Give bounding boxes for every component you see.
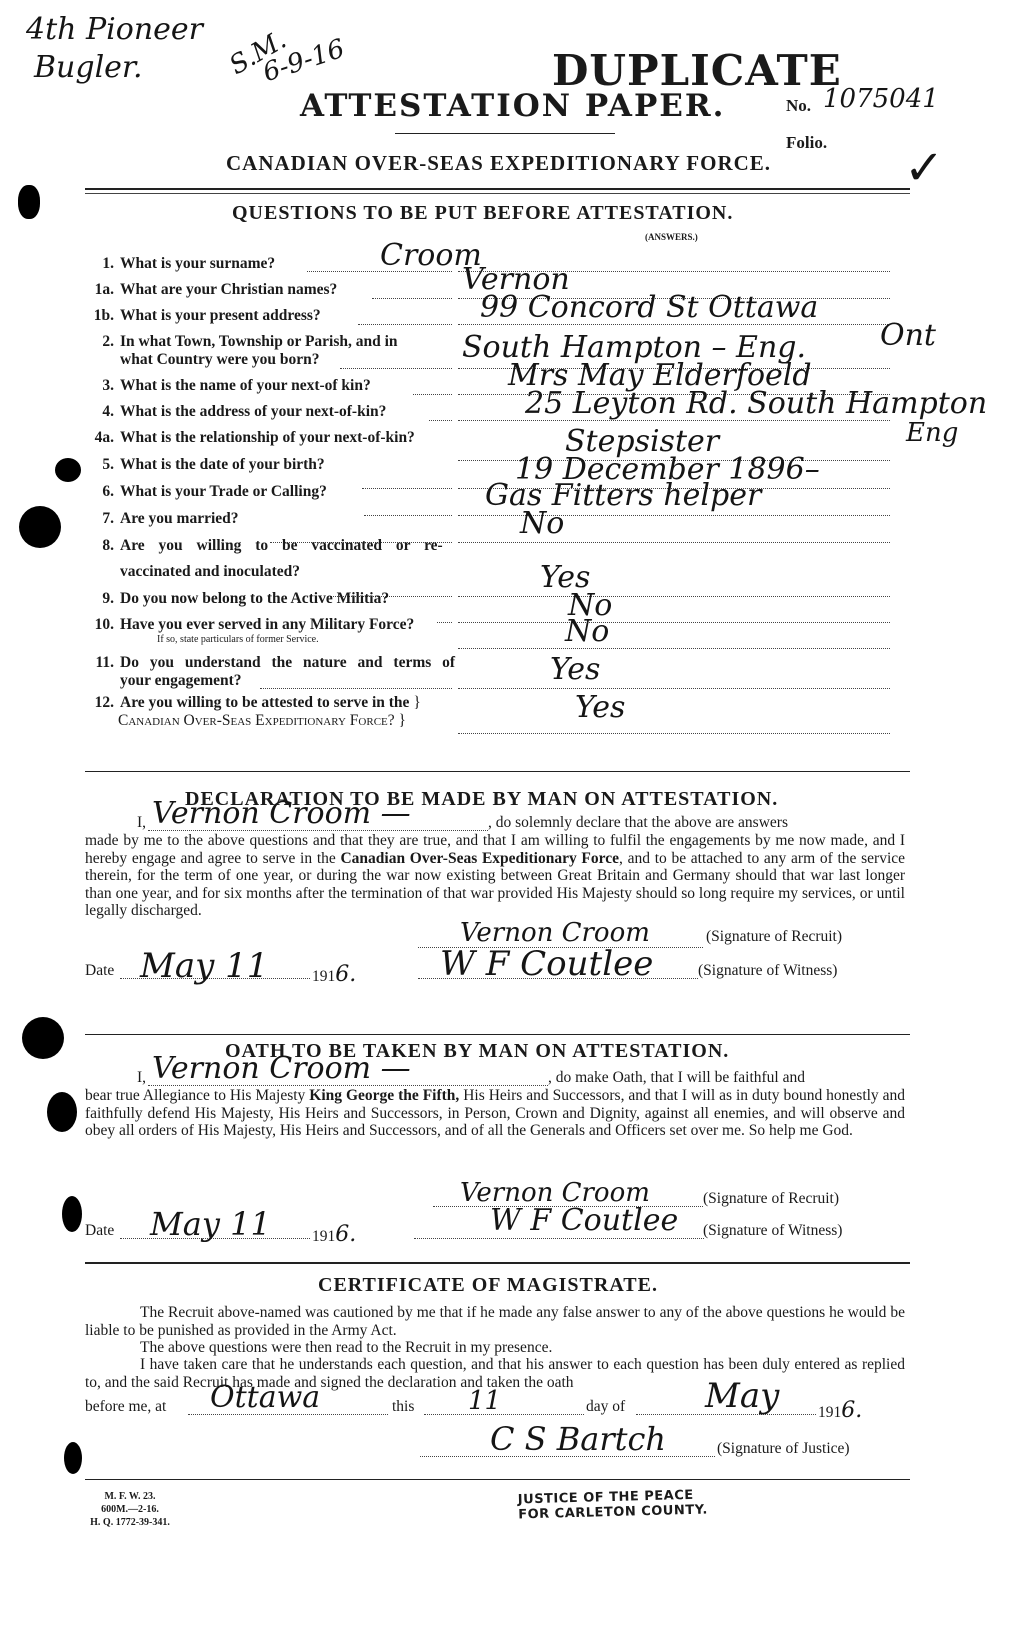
oath-first-line-tail: , do make Oath, that I will be faithful …: [548, 1069, 805, 1087]
question-5: 5.What is the date of your birth?: [80, 456, 325, 474]
declaration-prefix: I,: [137, 814, 146, 832]
form-code-line-1: M. F. W. 23.: [80, 1490, 180, 1503]
magistrate-before-label: before me, at: [85, 1398, 166, 1416]
regimental-number: 1075041: [823, 84, 939, 114]
justice-stamp: JUSTICE OF THE PEACE FOR CARLETON COUNTY…: [518, 1488, 708, 1523]
question-2-leader: [340, 368, 452, 369]
magistrate-day-line[interactable]: [424, 1414, 584, 1415]
question-4a: 4a.What is the relationship of your next…: [80, 429, 415, 447]
punch-hole: [64, 1442, 82, 1474]
answer-9-line[interactable]: [458, 622, 890, 623]
justice-label: (Signature of Justice): [717, 1440, 850, 1458]
oath-name-row: I, Vernon Croom — , do make Oath, that I…: [80, 1055, 905, 1085]
answer-next-of-kin-address-country: Eng: [906, 418, 958, 448]
question-11-cont: your engagement?: [120, 672, 242, 690]
declaration-date-label: Date: [85, 962, 114, 980]
question-3-leader: [413, 394, 452, 395]
magistrate-heading: CERTIFICATE OF MAGISTRATE.: [318, 1274, 658, 1297]
oath-prefix: I,: [137, 1069, 146, 1087]
answer-next-of-kin-address: 25 Leyton Rd. South Hampton: [525, 386, 987, 421]
document-subtitle: CANADIAN OVER-SEAS EXPEDITIONARY FORCE.: [226, 151, 771, 176]
question-2: 2.In what Town, Township or Parish, and …: [80, 333, 398, 369]
title-divider: [395, 133, 615, 134]
number-label: No.: [786, 96, 811, 116]
answer-11-line[interactable]: [458, 688, 890, 689]
punch-hole: [47, 1092, 77, 1132]
question-4-leader: [429, 420, 452, 421]
oath-divider: [85, 1262, 910, 1264]
question-6-leader: [364, 515, 452, 516]
question-5-leader: [362, 488, 452, 489]
magistrate-month: May: [705, 1376, 779, 1416]
declaration-witness-label: (Signature of Witness): [698, 962, 837, 980]
punch-hole: [19, 506, 61, 548]
margin-note-rank: Bugler.: [34, 50, 143, 85]
document-title: ATTESTATION PAPER.: [300, 88, 725, 124]
check-mark: ✓: [904, 140, 944, 196]
question-8: 8.Are you willing to be vaccinated or re…: [80, 537, 443, 555]
answer-present-address-province: Ont: [880, 318, 936, 353]
margin-note-unit: 4th Pioneer: [26, 12, 203, 47]
question-9-leader: [437, 622, 452, 623]
question-10: 10.Have you ever served in any Military …: [80, 616, 414, 634]
answer-understand-terms: Yes: [550, 652, 600, 687]
oath-witness-label: (Signature of Witness): [703, 1222, 842, 1240]
oath-body: bear true Allegiance to His Majesty King…: [85, 1087, 905, 1140]
answer-8-line[interactable]: [458, 596, 890, 597]
answer-7-line[interactable]: [458, 542, 890, 543]
folio-label: Folio.: [786, 133, 827, 153]
oath-recruit-label: (Signature of Recruit): [703, 1190, 839, 1208]
answer-military-service: No: [565, 614, 609, 649]
answer-present-address: 99 Concord St Ottawa: [480, 290, 818, 325]
magistrate-year: 1916.: [818, 1398, 862, 1423]
questions-heading: QUESTIONS TO BE PUT BEFORE ATTESTATION.: [232, 202, 733, 225]
magistrate-place: Ottawa: [210, 1380, 320, 1415]
oath-date: May 11: [150, 1205, 271, 1243]
justice-signature: C S Bartch: [490, 1420, 666, 1458]
question-1a: 1a.What are your Christian names?: [80, 281, 337, 299]
answers-label: (ANSWERS.): [645, 232, 698, 242]
declaration-date: May 11: [140, 946, 268, 986]
question-10-note: If so, state particulars of former Servi…: [157, 634, 319, 645]
question-1: 1.What is your surname?: [80, 255, 275, 273]
punch-hole: [18, 185, 40, 219]
question-8-cont: vaccinated and inoculated?: [120, 563, 300, 581]
magistrate-day-of-label: day of: [586, 1398, 625, 1416]
oath-name: Vernon Croom —: [152, 1051, 411, 1086]
oath-witness-sig-line[interactable]: [414, 1238, 704, 1239]
declaration-first-line-tail: , do solemnly declare that the above are…: [488, 814, 788, 832]
question-12: 12.Are you willing to be attested to ser…: [80, 694, 421, 712]
oath-year: 1916.: [312, 1222, 356, 1247]
question-11: 11.Do you understand the nature and term…: [80, 654, 455, 672]
oath-witness-signature: W F Coutlee: [490, 1203, 678, 1238]
magistrate-para-1: The Recruit above-named was cautioned by…: [85, 1304, 905, 1339]
declaration-name-row: I, Vernon Croom — , do solemnly declare …: [80, 800, 905, 830]
question-1b-leader: [358, 324, 452, 325]
declaration-name: Vernon Croom —: [152, 796, 411, 831]
punch-hole: [22, 1017, 64, 1059]
question-1a-leader: [372, 298, 452, 299]
question-4: 4.What is the address of your next-of-ki…: [80, 403, 386, 421]
declaration-divider: [85, 1034, 910, 1035]
question-1b: 1b.What is your present address?: [80, 307, 321, 325]
question-9: 9.Do you now belong to the Active Militi…: [80, 590, 389, 608]
oath-date-label: Date: [85, 1222, 114, 1240]
punch-hole: [62, 1196, 82, 1232]
punch-hole: [55, 458, 81, 482]
question-6: 6.What is your Trade or Calling?: [80, 483, 327, 501]
answer-12-line[interactable]: [458, 733, 890, 734]
form-code-line-3: H. Q. 1772-39-341.: [80, 1516, 180, 1529]
questions-divider: [85, 771, 910, 772]
question-12-cont: Canadian Over-Seas Expeditionary Force? …: [118, 712, 406, 730]
declaration-year: 1916.: [312, 962, 356, 987]
form-code-line-2: 600M.—2-16.: [80, 1503, 180, 1516]
declaration-witness-signature: W F Coutlee: [440, 944, 653, 984]
form-code: M. F. W. 23. 600M.—2-16. H. Q. 1772-39-3…: [80, 1490, 180, 1529]
magistrate-para-2: The above questions were then read to th…: [85, 1339, 905, 1357]
declaration-recruit-label: (Signature of Recruit): [706, 928, 842, 946]
answer-10-line[interactable]: [458, 648, 890, 649]
question-3: 3.What is the name of your next-of kin?: [80, 377, 371, 395]
magistrate-divider: [85, 1479, 910, 1480]
magistrate-day: 11: [468, 1386, 501, 1416]
question-11-leader: [260, 688, 452, 689]
answer-married: No: [520, 506, 564, 541]
magistrate-this-label: this: [392, 1398, 414, 1416]
answer-willing-attested: Yes: [575, 690, 625, 725]
declaration-body: made by me to the above questions and th…: [85, 832, 905, 920]
question-7: 7.Are you married?: [80, 510, 239, 528]
header-divider: [85, 188, 910, 194]
